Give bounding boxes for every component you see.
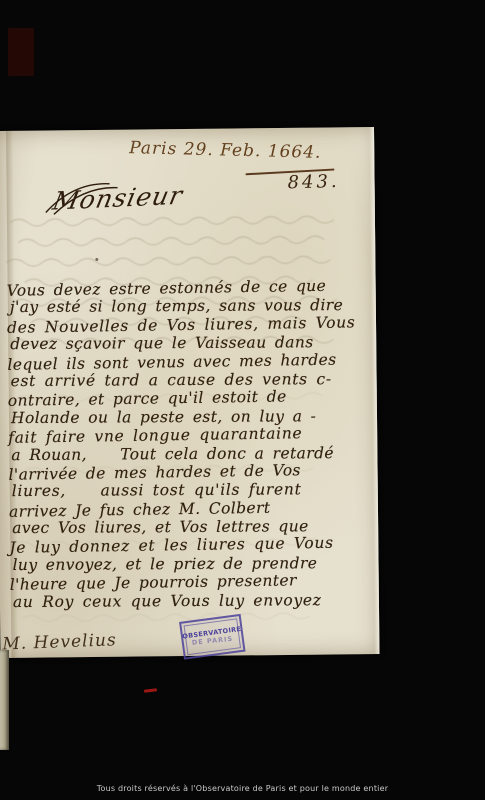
viewer-background: Paris 29. Feb. 1664. 843. Monsieur Vous … [0, 0, 485, 800]
archive-red-patch [8, 28, 34, 76]
body-line: au Roy ceux que Vous luy envoyez [10, 590, 374, 611]
dateline: Paris 29. Feb. 1664. [129, 138, 329, 163]
copyright-caption: Tous droits réservés à l'Observatoire de… [0, 784, 485, 793]
ink-dot [95, 258, 98, 261]
letter-body: Vous devez estre estonnés de ce que j'ay… [7, 277, 374, 612]
manuscript-page: Paris 29. Feb. 1664. 843. Monsieur Vous … [0, 127, 379, 658]
salutation: Monsieur [50, 181, 185, 216]
observatory-stamp-inner-border: OBSERVATOIRE DE PARIS [184, 618, 241, 655]
archive-number: 843. [287, 171, 340, 193]
red-mark [144, 688, 157, 692]
observatory-stamp: OBSERVATOIRE DE PARIS [179, 614, 245, 660]
underlying-page-edge [0, 650, 9, 750]
recipient-annotation: M. Hevelius [2, 630, 117, 654]
